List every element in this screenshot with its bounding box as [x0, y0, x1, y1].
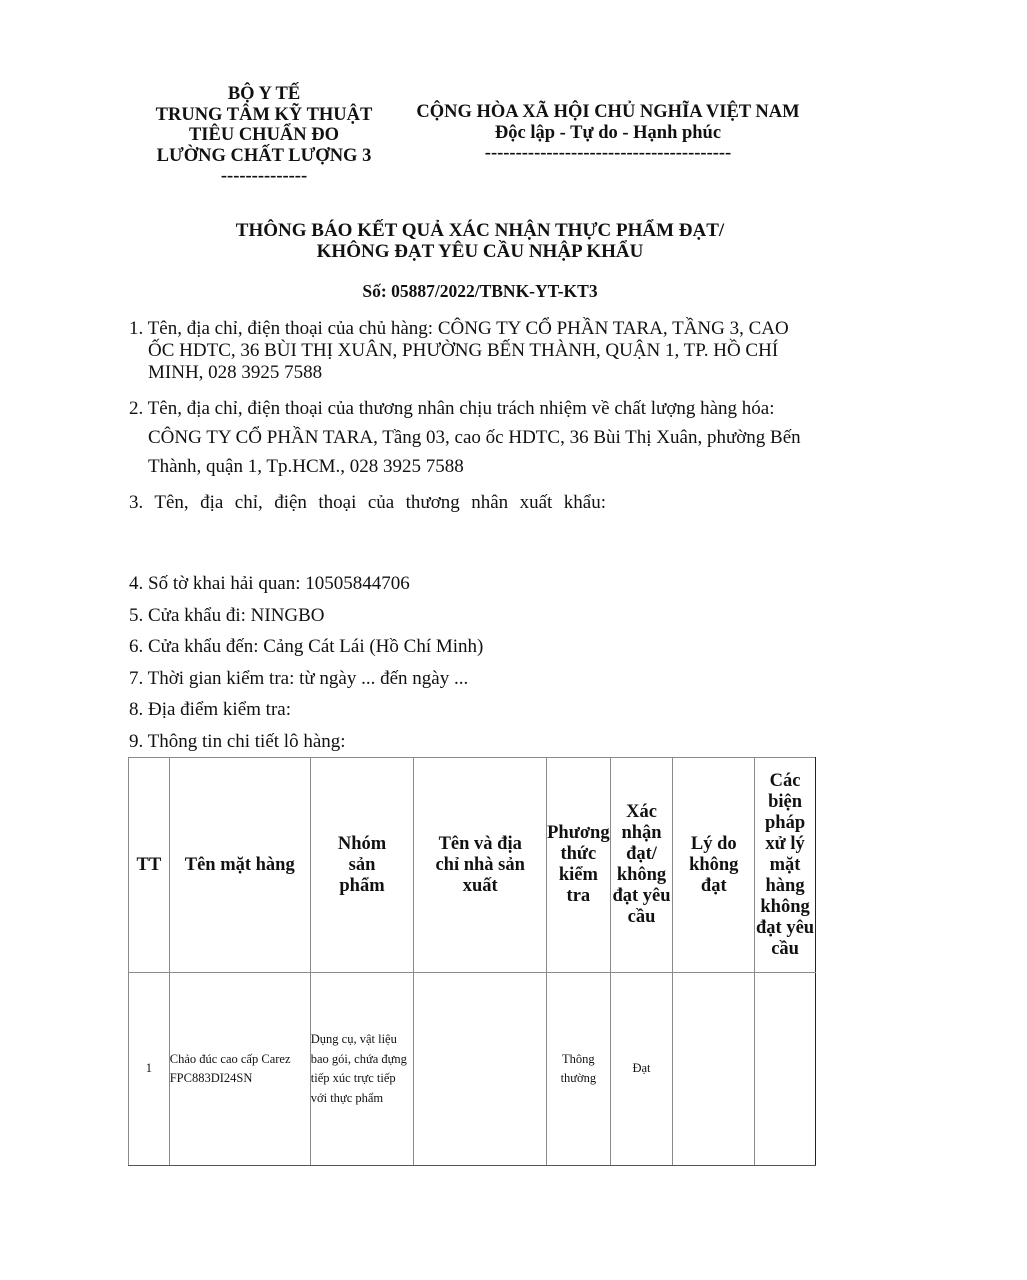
agency-separator: -------------- [148, 166, 380, 187]
national-title-block: CỘNG HÒA XÃ HỘI CHỦ NGHĨA VIỆT NAM Độc l… [408, 102, 808, 164]
agency-name-line1: TRUNG TÂM KỸ THUẬT [148, 105, 380, 126]
ministry-name: BỘ Y TẾ [148, 84, 380, 105]
motto-separator: ---------------------------------------- [408, 143, 808, 164]
col-header-result: Xác nhận đạt/ không đạt yêu cầu [610, 758, 673, 973]
items-4-to-9: 4. Số tờ khai hải quan: 10505844706 5. C… [129, 568, 839, 757]
item-4-customs-declaration: 4. Số tờ khai hải quan: 10505844706 [129, 568, 839, 600]
cell-item-name: Chảo đúc cao cấp Carez FPC883DI24SN [169, 973, 310, 1166]
item-2-line1: 2. Tên, địa chỉ, điện thoại của thương n… [129, 394, 839, 423]
cell-manufacturer [414, 973, 547, 1166]
title-line2: KHÔNG ĐẠT YÊU CẦU NHẬP KHẨU [140, 241, 820, 262]
col-header-failure-reason: Lý do không đạt [673, 758, 755, 973]
item-6-port-of-arrival: 6. Cửa khẩu đến: Cảng Cát Lái (Hồ Chí Mi… [129, 631, 839, 663]
cell-index: 1 [129, 973, 170, 1166]
cell-inspection-method: Thông thường [547, 973, 610, 1166]
item-3-exporter: 3. Tên, địa chỉ, điện thoại của thương n… [129, 492, 606, 514]
table-header-row: TT Tên mặt hàng Nhóm sản phẩm Tên và địa… [129, 758, 816, 973]
col-header-handling-measures: Các biện pháp xử lý mặt hàng không đạt y… [755, 758, 816, 973]
item-1-line1: 1. Tên, địa chỉ, điện thoại của chủ hàng… [129, 318, 839, 340]
item-1-line2: ỐC HDTC, 36 BÙI THỊ XUÂN, PHƯỜNG BẾN THÀ… [129, 340, 839, 362]
item-1-consignee: 1. Tên, địa chỉ, điện thoại của chủ hàng… [129, 318, 839, 384]
col-header-product-group: Nhóm sản phẩm [310, 758, 414, 973]
col-header-item-name: Tên mặt hàng [169, 758, 310, 973]
cell-result: Đạt [610, 973, 673, 1166]
document-title: THÔNG BÁO KẾT QUẢ XÁC NHẬN THỰC PHẨM ĐẠT… [140, 220, 820, 262]
cell-handling-measures [755, 973, 816, 1166]
item-9-shipment-details: 9. Thông tin chi tiết lô hàng: [129, 726, 839, 758]
cell-failure-reason [673, 973, 755, 1166]
col-header-index: TT [129, 758, 170, 973]
item-7-inspection-time: 7. Thời gian kiểm tra: từ ngày ... đến n… [129, 663, 839, 695]
shipment-details-table: TT Tên mặt hàng Nhóm sản phẩm Tên và địa… [128, 757, 816, 1166]
item-2-line2: CÔNG TY CỔ PHẦN TARA, Tầng 03, cao ốc HD… [129, 423, 839, 452]
col-header-manufacturer: Tên và địa chỉ nhà sản xuất [414, 758, 547, 973]
issuing-agency-block: BỘ Y TẾ TRUNG TÂM KỸ THUẬT TIÊU CHUẨN ĐO… [148, 84, 380, 187]
document-number: Số: 05887/2022/TBNK-YT-KT3 [140, 281, 820, 302]
item-1-line3: MINH, 028 3925 7588 [129, 362, 839, 384]
agency-name-line3: LƯỜNG CHẤT LƯỢNG 3 [148, 146, 380, 167]
col-header-inspection-method: Phương thức kiểm tra [547, 758, 610, 973]
item-2-responsible-trader: 2. Tên, địa chỉ, điện thoại của thương n… [129, 394, 839, 481]
agency-name-line2: TIÊU CHUẨN ĐO [148, 125, 380, 146]
item-2-line3: Thành, quận 1, Tp.HCM., 028 3925 7588 [129, 452, 839, 481]
country-name: CỘNG HÒA XÃ HỘI CHỦ NGHĨA VIỆT NAM [408, 102, 808, 123]
cell-product-group: Dụng cụ, vật liệu bao gói, chứa đựng tiế… [310, 973, 414, 1166]
item-5-port-of-departure: 5. Cửa khẩu đi: NINGBO [129, 600, 839, 632]
national-motto: Độc lập - Tự do - Hạnh phúc [408, 123, 808, 144]
table-row: 1 Chảo đúc cao cấp Carez FPC883DI24SN Dụ… [129, 973, 816, 1166]
item-8-inspection-location: 8. Địa điểm kiểm tra: [129, 694, 839, 726]
title-line1: THÔNG BÁO KẾT QUẢ XÁC NHẬN THỰC PHẨM ĐẠT… [140, 220, 820, 241]
